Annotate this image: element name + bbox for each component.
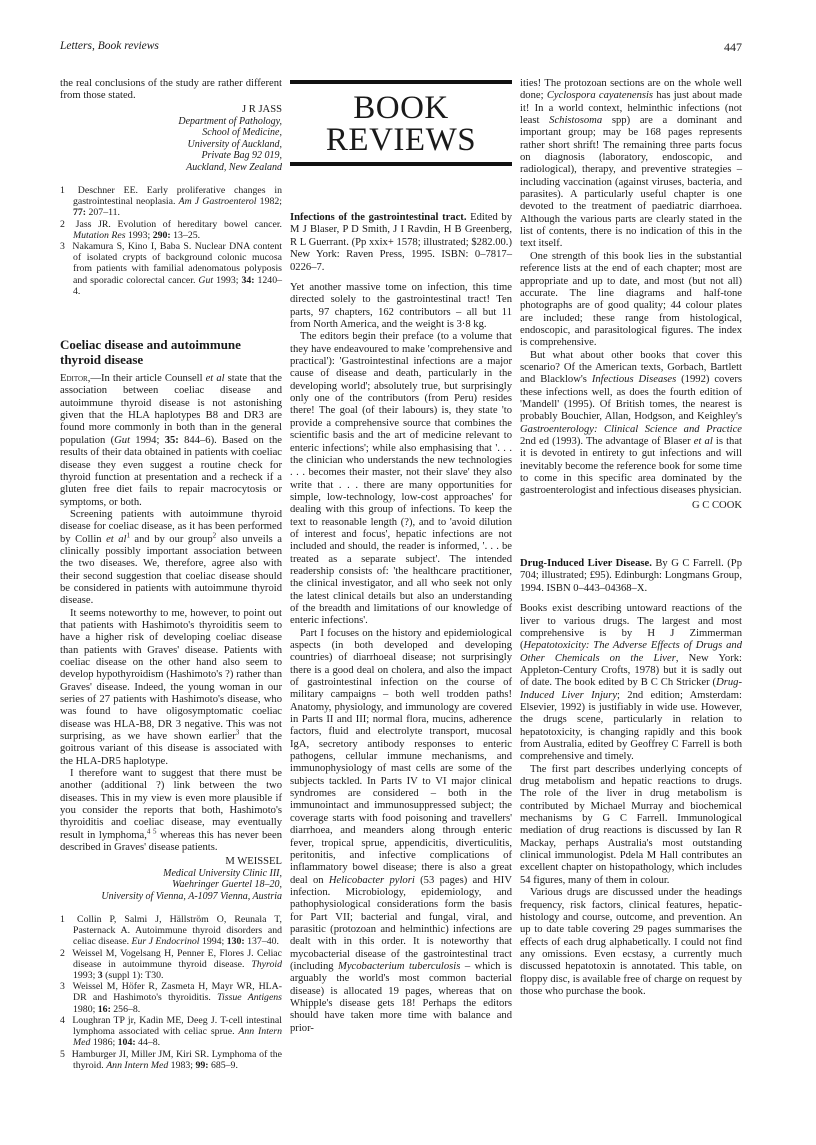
review1-paragraph: ities! The protozoan sections are on the… bbox=[520, 78, 742, 251]
letter2-paragraph: It seems noteworthy to me, however, to p… bbox=[60, 608, 282, 768]
address-line: Medical University Clinic III, bbox=[60, 868, 282, 879]
middle-column: BOOK REVIEWS Infections of the gastroint… bbox=[290, 78, 512, 1035]
review2-heading: Drug-Induced Liver Disease. By G C Farre… bbox=[520, 558, 742, 595]
running-head-section: Letters, Book reviews bbox=[60, 40, 159, 52]
book-reviews-banner: BOOK REVIEWS bbox=[290, 80, 512, 166]
address-line: Private Bag 92 019, bbox=[60, 150, 282, 161]
review1-paragraph: One strength of this book lies in the su… bbox=[520, 251, 742, 350]
letter2-references: 1 Collin P, Salmi J, Hällström O, Reunal… bbox=[60, 914, 282, 1071]
letter1-references: 1 Deschner EE. Early proliferative chang… bbox=[60, 185, 282, 297]
letter2-paragraph: Screening patients with autoimmune thyro… bbox=[60, 509, 282, 608]
reference-item: 3 Nakamura S, Kino I, Baba S. Nuclear DN… bbox=[60, 241, 282, 297]
reference-item: 3 Weissel M, Höfer R, Zasmeta H, Mayr WR… bbox=[60, 981, 282, 1015]
review2-paragraph: Various drugs are discussed under the he… bbox=[520, 887, 742, 998]
right-column: ities! The protozoan sections are on the… bbox=[520, 78, 742, 998]
reference-item: 5 Hamburger JI, Miller JM, Kiri SR. Lymp… bbox=[60, 1049, 282, 1071]
letter1-continuation: the real conclusions of the study are ra… bbox=[60, 78, 282, 103]
left-column: the real conclusions of the study are ra… bbox=[60, 78, 282, 1071]
address-line: Department of Pathology, bbox=[60, 116, 282, 127]
letter2-signature-name: M WEISSEL bbox=[60, 856, 282, 868]
review1-paragraph: But what about other books that cover th… bbox=[520, 350, 742, 498]
address-line: Waehringer Guertel 18–20, bbox=[60, 879, 282, 890]
address-line: University of Vienna, A-1097 Vienna, Aus… bbox=[60, 891, 282, 902]
running-head: Letters, Book reviews 447 bbox=[60, 40, 742, 60]
address-line: Auckland, New Zealand bbox=[60, 162, 282, 173]
review1-title: Infections of the gastrointestinal tract… bbox=[290, 212, 466, 223]
letter2-paragraph: Editor,—In their article Counsell et al … bbox=[60, 373, 282, 509]
review1-paragraph: The editors begin their preface (to a vo… bbox=[290, 331, 512, 627]
address-line: University of Auckland, bbox=[60, 139, 282, 150]
review2-title: Drug-Induced Liver Disease. bbox=[520, 558, 652, 569]
review1-paragraph: Part I focuses on the history and epidem… bbox=[290, 628, 512, 1035]
reference-item: 4 Loughran TP jr, Kadin ME, Deeg J. T-ce… bbox=[60, 1015, 282, 1049]
reference-item: 1 Deschner EE. Early proliferative chang… bbox=[60, 185, 282, 219]
letter1-signature-name: J R JASS bbox=[60, 104, 282, 116]
address-line: School of Medicine, bbox=[60, 127, 282, 138]
review2-paragraph: Books exist describing untoward reaction… bbox=[520, 603, 742, 763]
review1-reviewer: G C COOK bbox=[520, 500, 742, 512]
reference-item: 2 Jass JR. Evolution of hereditary bowel… bbox=[60, 219, 282, 241]
letter2-paragraph: I therefore want to suggest that there m… bbox=[60, 768, 282, 854]
page-number: 447 bbox=[724, 40, 742, 55]
banner-title: BOOK REVIEWS bbox=[290, 84, 512, 162]
reference-item: 1 Collin P, Salmi J, Hällström O, Reunal… bbox=[60, 914, 282, 948]
letter2-address: Medical University Clinic III, Waehringe… bbox=[60, 868, 282, 902]
letter2-title: Coeliac disease and autoimmune thyroid d… bbox=[60, 337, 282, 367]
review1-heading: Infections of the gastrointestinal tract… bbox=[290, 212, 512, 274]
banner-rule-bottom bbox=[290, 162, 512, 166]
review2-paragraph: The first part describes underlying conc… bbox=[520, 764, 742, 887]
reference-item: 2 Weissel M, Vogelsang H, Penner E, Flor… bbox=[60, 948, 282, 982]
review1-paragraph: Yet another massive tome on infection, t… bbox=[290, 282, 512, 331]
letter1-address: Department of Pathology, School of Medic… bbox=[60, 116, 282, 173]
